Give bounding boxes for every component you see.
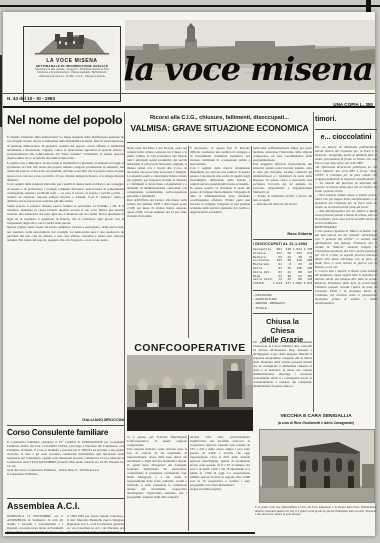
headline-fragment: timori.	[315, 116, 377, 123]
headline-cioccolatini: e... cioccolatini	[315, 133, 377, 141]
article-body: Per gravi motivi di pubblica incolumità …	[253, 340, 312, 412]
headline-rule	[127, 142, 312, 143]
masthead-logo-box: LA VOCE MISENA SETTIMANALE DI INFORMAZIO…	[23, 26, 121, 102]
article-body: È iniziato l'autunno della democrazia? L…	[7, 135, 124, 415]
issue-date-line: N. 43 del 10 - XI - 1983	[7, 96, 55, 101]
headline-assemblea-aci: Assemblea A.C.I.	[7, 501, 124, 511]
section-rule	[315, 129, 377, 130]
headline-confcooperative: CONFCOOPERATIVE	[127, 342, 253, 354]
column-rule	[188, 146, 189, 338]
logo-info-line: Abbonamento annuo L. 10.000 - C.C.P. - S…	[24, 75, 120, 78]
column-rule	[313, 112, 314, 412]
column-rule	[188, 435, 189, 531]
section-rule	[7, 425, 124, 426]
table-row: TOTALE 1.614 427 1.684 2.921	[253, 281, 312, 285]
unemployment-table: Senigallia 981 218 1.014 1.798 Arcevia 1…	[253, 248, 312, 288]
table-title: I DISOCCUPATI AL 31.1.1983	[253, 242, 312, 246]
scan-artifact-line	[0, 5, 380, 7]
article-column: Alcune cifre sono particolarmente signif…	[190, 435, 250, 531]
header-thin-rule	[3, 93, 375, 94]
headline-corso-consulente: Corso Consulente familiare	[7, 428, 124, 437]
newspaper-front-page: LA VOCE MISENA SETTIMANALE DI INFORMAZIO…	[3, 12, 375, 536]
legend-item: – TOTALE	[253, 306, 312, 310]
table-rule	[253, 239, 312, 240]
page-bottom-rule	[5, 532, 255, 534]
article-body: Il Consultorio Familiare organizza il IV…	[7, 440, 124, 496]
rubric-byline: (a cura di Rino Girolametti e Adrio Casa…	[255, 421, 377, 425]
scan-artifact-edge	[0, 55, 2, 127]
article-column: Si è aperta, per l'Unione Marchigiana Co…	[127, 435, 187, 531]
scanned-newspaper-page: { "masthead": { "logo": { "name": "LA VO…	[0, 0, 380, 543]
article-column: DOMENICA 13 NOVEMBRE ore 9 ASSEMBLEA in …	[7, 514, 63, 533]
masthead-title: la voce misena	[121, 52, 375, 86]
conference-photo	[127, 355, 253, 431]
article-column: territoriale sufficientemente ampia per …	[253, 146, 312, 230]
photo-caption: È la prima volta che pubblichiamo la fot…	[255, 506, 377, 517]
article-column: il 1983-1984 per essere Azione Cattolica…	[67, 514, 124, 533]
kicker-line: Ricorsi alla C.I.G., chiusure, falliment…	[127, 115, 312, 121]
header-thick-rule	[3, 106, 375, 108]
letter-body: Per un dovere di obiettività pubblichiam…	[315, 145, 377, 409]
article-column: È necessario, in questa fase di mercato …	[190, 146, 250, 338]
table-legend: – INDUSTRIA – AGRICOLTURA – SERVIZI - IM…	[253, 293, 312, 310]
article-signature: GALLIANO BROCCINI	[7, 417, 124, 422]
article-signature: Rosa Gilberta	[253, 232, 312, 236]
headline-nel-nome-del-popolo: Nel nome del popolo	[7, 113, 124, 127]
table-rule	[253, 290, 312, 291]
castle-etching-icon	[29, 29, 115, 57]
section-rule	[7, 498, 124, 499]
section-rule	[253, 313, 312, 314]
rubric-title: VECCHIA E CARA SENIGALLIA	[255, 414, 377, 419]
foro-annonario-photo	[259, 429, 375, 503]
article-column: Nella zona del Misa e del Nevola, ossia …	[127, 146, 187, 338]
headline-valmisa: VALMISA: GRAVE SITUAZIONE ECONOMICA	[127, 123, 312, 133]
column-rule	[124, 112, 125, 532]
